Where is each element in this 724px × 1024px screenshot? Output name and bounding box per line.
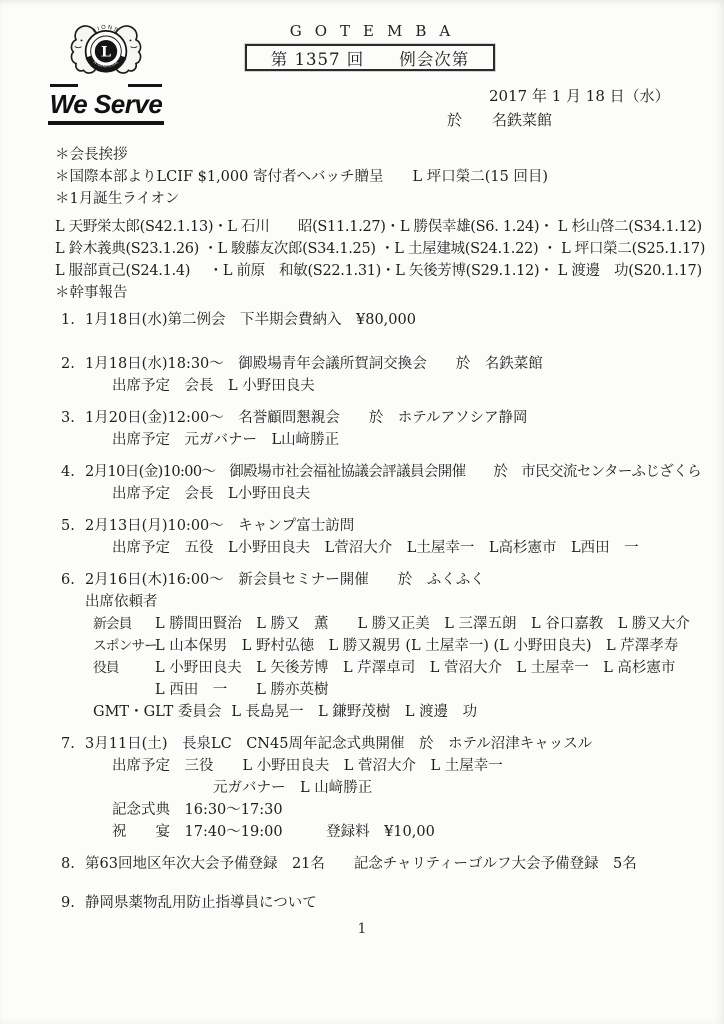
line-birthday-heading: ＊1月誕生ライオン (55, 188, 720, 210)
roster-label: GMT・GLT 委員会 (93, 701, 221, 723)
club-name: GOTEMBA (245, 22, 495, 40)
report-item-4: 4. 2月10日(金)10:00～ 御殿場市社会福祉協議会評議員会開催 於 市民… (55, 461, 720, 505)
item-number: 3. (55, 407, 85, 451)
secretary-report-heading: ＊幹事報告 (55, 282, 720, 304)
scanned-agenda-page: LIONS INTERNATIONAL L We Serve GOTEMBA 第… (0, 0, 724, 1024)
roster-names: L 小野田良夫 L 矢後芳博 L 芹澤卓司 L 菅沼大介 L 土屋幸一 L 高杉… (155, 657, 675, 679)
logo-left-rule (50, 84, 78, 87)
item-line: 1月20日(金)12:00～ 名誉顧問懇親会 於 ホテルアソシア静岡 (85, 407, 720, 429)
roster-names: L 山本保男 L 野村弘徳 L 勝又親男 (L 土屋幸一) (L 小野田良夫) … (155, 635, 678, 657)
item-line: 2月16日(木)16:00～ 新会員セミナー開催 於 ふくふく (85, 569, 720, 591)
report-item-2: 2. 1月18日(水)18:30～ 御殿場青年会議所賀詞交換会 於 名鉄菜館 出… (55, 353, 720, 397)
item-line: 第63回地区年次大会予備登録 21名 記念チャリティーゴルフ大会予備登録 5名 (85, 853, 720, 875)
meeting-date: 2017 年 1 月 18 日（水） (489, 85, 670, 106)
item-line: 記念式典 16:30～17:30 (85, 799, 720, 821)
item-line: 出席依頼者 (85, 591, 720, 613)
line-lcif-donation: ＊国際本部よりLCIF $1,000 寄付者へバッチ贈呈 L 坪口榮二(15 回… (55, 166, 720, 188)
report-item-3: 3. 1月20日(金)12:00～ 名誉顧問懇親会 於 ホテルアソシア静岡 出席… (55, 407, 720, 451)
roster-label: 新会員 (93, 613, 155, 635)
item-line: 2月10日(金)10:00～ 御殿場市社会福祉協議会評議員会開催 於 市民交流セ… (85, 461, 720, 483)
roster-label: スポンサー (93, 635, 155, 657)
roster-row-new-members: 新会員 L 勝間田賢治 L 勝又 薫 L 勝又正美 L 三澤五朗 L 谷口嘉教 … (93, 613, 720, 635)
report-item-6: 6. 2月16日(木)16:00～ 新会員セミナー開催 於 ふくふく 出席依頼者… (55, 569, 720, 723)
roster-row-officers-cont: L 西田 一 L 勝亦英樹 (93, 679, 720, 701)
item-line: 元ガバナー L 山﨑勝正 (85, 777, 720, 799)
item-line: 1月18日(水)第二例会 下半期会費納入 ¥80,000 (85, 309, 720, 331)
item-line: 2月13日(月)10:00～ キャンプ富士訪問 (85, 515, 720, 537)
report-item-9: 9. 静岡県薬物乱用防止指導員について (55, 892, 720, 914)
roster-label (93, 679, 155, 701)
item-number: 9. (55, 892, 85, 914)
birthday-line: L 天野栄太郎(S42.1.13)・L 石川 昭(S11.1.27)・L 勝俣幸… (55, 216, 720, 238)
item-line: 出席予定 元ガバナー L山﨑勝正 (85, 429, 720, 451)
lions-club-logo: LIONS INTERNATIONAL L We Serve (48, 20, 164, 128)
birthday-line: L 鈴木義典(S23.1.26) ・L 駿藤友次郎(S34.1.25) ・L 土… (55, 238, 720, 260)
item-number: 7. (55, 733, 85, 843)
roster-row-gmt-glt: GMT・GLT 委員会 L 長島晃一 L 鎌野茂樹 L 渡邊 功 (93, 701, 720, 723)
meeting-title: 第 1357 回 例会次第 (271, 46, 469, 70)
agenda-body: ＊会長挨拶 ＊国際本部よりLCIF $1,000 寄付者へバッチ贈呈 L 坪口榮… (55, 144, 720, 914)
item-line: 3月11日(土) 長泉LC CN45周年記念式典開催 於 ホテル沼津キャッスル (85, 733, 720, 755)
birthday-lions-list: L 天野栄太郎(S42.1.13)・L 石川 昭(S11.1.27)・L 勝俣幸… (55, 216, 720, 282)
item-number: 4. (55, 461, 85, 505)
roster-row-sponsors: スポンサー L 山本保男 L 野村弘徳 L 勝又親男 (L 土屋幸一) (L 小… (93, 635, 720, 657)
item-line: 出席予定 会長 L小野田良夫 (85, 483, 720, 505)
item-line: 出席予定 五役 L小野田良夫 L菅沼大介 L土屋幸一 L高杉憲市 L西田 一 (85, 537, 720, 559)
roster-row-officers: 役員 L 小野田良夫 L 矢後芳博 L 芹澤卓司 L 菅沼大介 L 土屋幸一 L… (93, 657, 720, 679)
line-president-greeting: ＊会長挨拶 (55, 144, 720, 166)
item-number: 2. (55, 353, 85, 397)
item-line: 1月18日(水)18:30～ 御殿場青年会議所賀詞交換会 於 名鉄菜館 (85, 353, 720, 375)
item-number: 8. (55, 853, 85, 875)
report-item-5: 5. 2月13日(月)10:00～ キャンプ富士訪問 出席予定 五役 L小野田良… (55, 515, 720, 559)
roster-names: L 長島晃一 L 鎌野茂樹 L 渡邊 功 (231, 701, 477, 723)
report-item-8: 8. 第63回地区年次大会予備登録 21名 記念チャリティーゴルフ大会予備登録 … (55, 853, 720, 875)
roster-names: L 西田 一 L 勝亦英樹 (155, 679, 328, 701)
roster-names: L 勝間田賢治 L 勝又 薫 L 勝又正美 L 三澤五朗 L 谷口嘉教 L 勝又… (155, 613, 690, 635)
birthday-line: L 服部貢己(S24.1.4) ・L 前原 和敏(S22.1.31)・L 矢後芳… (55, 260, 720, 282)
roster-label: 役員 (93, 657, 155, 679)
report-item-7: 7. 3月11日(土) 長泉LC CN45周年記念式典開催 於 ホテル沼津キャッ… (55, 733, 720, 843)
logo-underline (48, 121, 164, 125)
we-serve-slogan: We Serve (48, 90, 164, 118)
meeting-title-box: 第 1357 回 例会次第 (245, 44, 495, 71)
item-line: 出席予定 会長 L 小野田良夫 (85, 375, 720, 397)
item-line: 静岡県薬物乱用防止指導員について (85, 892, 720, 914)
logo-right-rule (128, 84, 162, 87)
item-line: 祝 宴 17:40～19:00 登録料 ¥10,00 (85, 821, 720, 843)
meeting-venue: 於 名鉄菜館 (447, 109, 552, 130)
page-number: 1 (0, 921, 724, 937)
emblem-center-letter: L (101, 44, 111, 60)
item-number: 6. (55, 569, 85, 723)
item-number: 5. (55, 515, 85, 559)
item-number: 1. (55, 309, 85, 331)
report-item-1: 1. 1月18日(水)第二例会 下半期会費納入 ¥80,000 (55, 309, 720, 331)
lions-emblem-icon: LIONS INTERNATIONAL L (64, 20, 148, 88)
seminar-attendee-roster: 新会員 L 勝間田賢治 L 勝又 薫 L 勝又正美 L 三澤五朗 L 谷口嘉教 … (85, 613, 720, 723)
item-line: 出席予定 三役 L 小野田良夫 L 菅沼大介 L 土屋幸一 (85, 755, 720, 777)
